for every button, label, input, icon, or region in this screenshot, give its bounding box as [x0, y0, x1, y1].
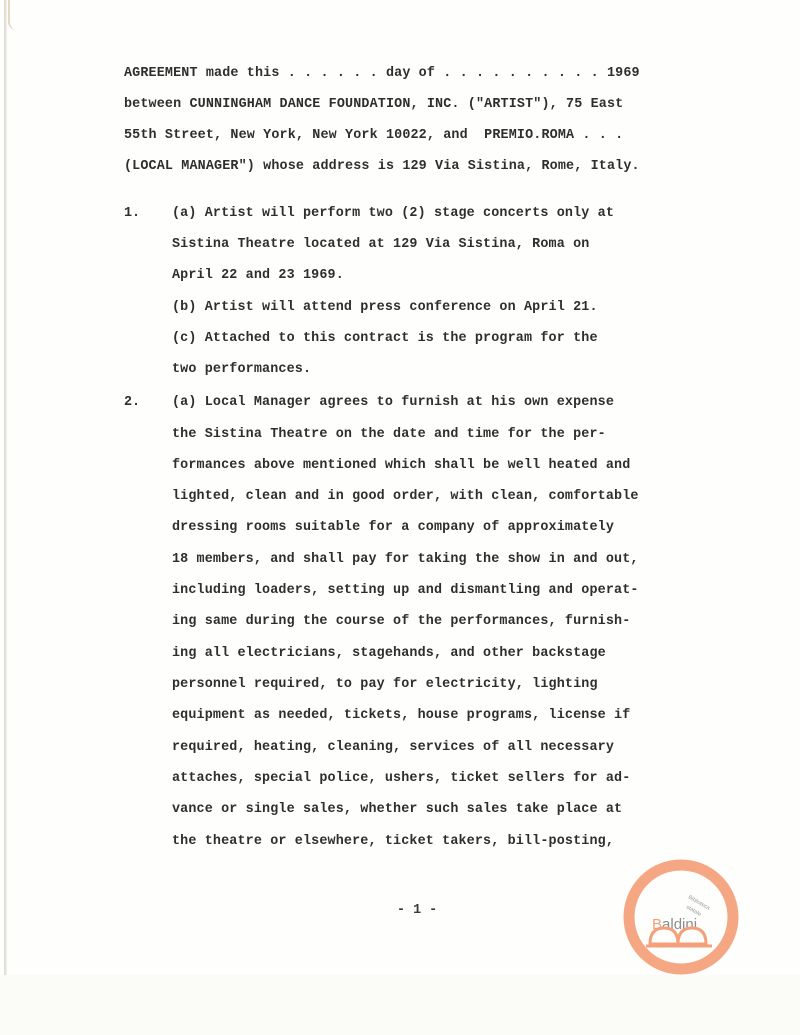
- clause-line: (b) Artist will attend press conference …: [172, 300, 598, 316]
- clause-line: required, heating, cleaning, services of…: [172, 740, 614, 756]
- clause-line: 18 members, and shall pay for taking the…: [172, 552, 639, 568]
- preamble-line: (LOCAL MANAGER") whose address is 129 Vi…: [124, 159, 640, 175]
- clause-line: vance or single sales, whether such sale…: [172, 802, 622, 818]
- clause-line: dressing rooms suitable for a company of…: [172, 520, 614, 536]
- scan-background: [0, 975, 800, 1035]
- clause-line: including loaders, setting up and disman…: [172, 583, 639, 599]
- clause-line: (c) Attached to this contract is the pro…: [172, 331, 598, 347]
- document-page: AGREEMENT made this . . . . . . day of .…: [0, 0, 800, 975]
- clause-line: the Sistina Theatre on the date and time…: [172, 427, 606, 443]
- clause-number: 2.: [124, 395, 140, 411]
- clause-number: 1.: [124, 206, 140, 222]
- clause-line: (a) Local Manager agrees to furnish at h…: [172, 395, 614, 411]
- clause-line: equipment as needed, tickets, house prog…: [172, 708, 630, 724]
- preamble-line: AGREEMENT made this . . . . . . day of .…: [124, 66, 640, 82]
- clause-line: the theatre or elsewhere, ticket takers,…: [172, 834, 614, 850]
- clause-line: April 22 and 23 1969.: [172, 268, 344, 284]
- page-edge: [4, 0, 7, 975]
- clause-line: ing same during the course of the perfor…: [172, 614, 630, 630]
- clause-line: personnel required, to pay for electrici…: [172, 677, 598, 693]
- clause-line: two performances.: [172, 362, 311, 378]
- library-stamp-icon: Biblioteca statale Baldini: [622, 858, 740, 976]
- clause-line: Sistina Theatre located at 129 Via Sisti…: [172, 237, 589, 253]
- clause-line: ing all electricians, stagehands, and ot…: [172, 646, 606, 662]
- clause-line: lighted, clean and in good order, with c…: [172, 489, 639, 505]
- preamble-line: between CUNNINGHAM DANCE FOUNDATION, INC…: [124, 97, 623, 113]
- clause-line: formances above mentioned which shall be…: [172, 458, 630, 474]
- page-number: - 1 -: [397, 903, 437, 918]
- preamble-line: 55th Street, New York, New York 10022, a…: [124, 128, 623, 144]
- clause-line: (a) Artist will perform two (2) stage co…: [172, 206, 614, 222]
- paper-stain: [8, 0, 22, 30]
- clause-line: attaches, special police, ushers, ticket…: [172, 771, 630, 787]
